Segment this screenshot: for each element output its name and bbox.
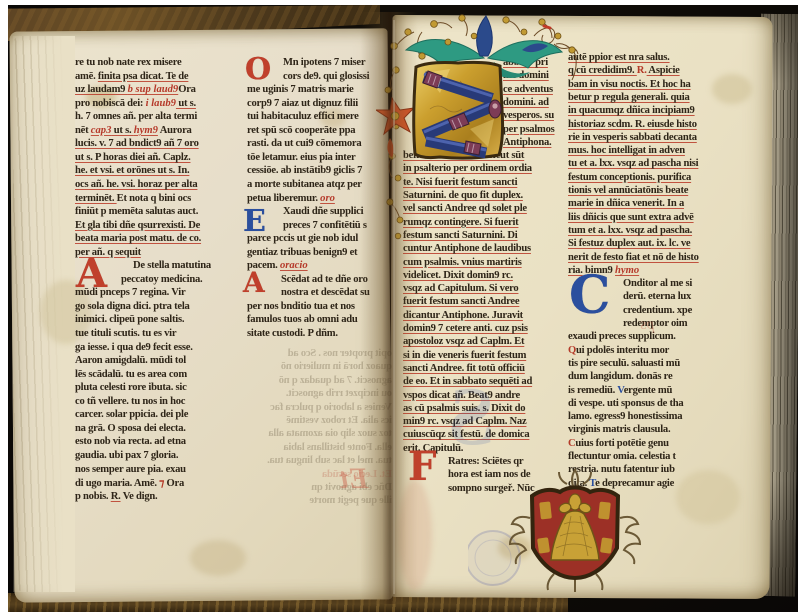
text-line: flectuntur omia. celestia t — [568, 451, 676, 462]
text-line: petua liberemur. oro — [247, 193, 335, 204]
painted-initial-E: E — [243, 208, 266, 235]
text-line: nos semper aure pia. exau — [75, 464, 186, 475]
text-line: Onditor al me si — [623, 278, 692, 289]
text-line: pro nobiscā dei: i laub9 ut s. — [75, 98, 196, 109]
text-line: vsqz ad Capitulum. Si vero — [403, 283, 518, 294]
text-line: tōe letamur. eius pia inter — [247, 152, 356, 163]
text-line: famulos tuos ab omni adu — [247, 314, 358, 325]
parchment-stain — [190, 540, 246, 576]
text-line: uz laudam9 b sup laud9Ora — [75, 84, 196, 95]
text-line: peccatoy medicina. — [121, 274, 202, 285]
text-line: sancti Andree. fit totū officiū — [403, 363, 525, 374]
show-through-line: opit propter nos . Sco ad — [288, 348, 392, 359]
text-line: corp9 7 aiaz ut dignuz filii — [247, 98, 358, 109]
text-line: exaudi preces supplicum. — [568, 331, 676, 342]
text-line: inimici. clipeū pone saltis. — [75, 314, 184, 325]
text-line: p nobis. R. Ve dign. — [75, 491, 157, 502]
text-line: De stella matutina — [133, 260, 211, 271]
text-line: co tñ vellere. tu nos in hoc — [75, 396, 185, 407]
text-line: Xaudi dñe supplici — [283, 206, 363, 217]
text-line: re tu nob nate rex misere — [75, 57, 181, 68]
illuminated-initial-S-panel — [410, 59, 506, 161]
text-line: h. 7 omnes añ. per alta termi — [75, 111, 197, 122]
text-line: tui habitaculuz effici mere — [247, 111, 359, 122]
text-line: lamo. egress9 honestissima — [568, 411, 682, 422]
coat-of-arms-shield — [468, 466, 683, 596]
text-line: nerit de festo fiat et nō de histo — [568, 252, 699, 263]
scan-border-left — [0, 0, 8, 615]
text-line: ret spū scō cooperāte ppa — [247, 125, 355, 136]
show-through-line: tua. mel et lac sub lingua tua. — [267, 455, 392, 466]
text-line: a morte subitanea atqz per — [247, 179, 362, 190]
text-line: apostoloz vsqz ad Caplm. Et — [403, 336, 524, 347]
text-line: Aaron amigdalū. mūdi tol — [75, 355, 186, 366]
text-line: dum langidum. donās re — [568, 371, 672, 382]
text-line: videlicet. Dixit domin9 rc. — [403, 270, 513, 281]
painted-initial-F: F — [408, 449, 436, 485]
text-line: he. et vsi. et orōnes ut s. In. — [75, 165, 189, 176]
text-line: cessiōe. ab instātib9 giclis 7 — [247, 165, 362, 176]
text-line: domin9 7 cetere anti. cuz psis — [403, 323, 528, 334]
text-line: redemptor oim — [623, 318, 687, 329]
text-line: ocs añ. he. vsi. horaz per alta — [75, 179, 197, 190]
text-line: pluta celesti rore ibuta. sic — [75, 382, 187, 393]
text-line: dicantur Antiphone. Juravit — [403, 310, 523, 321]
text-line: carcer. solar ppicia. dei ple — [75, 409, 188, 420]
photograph-of-open-incunable: re tu nob nate rex misereamē. finita psa… — [0, 0, 800, 615]
show-through-line: ille que pegit morte — [310, 495, 392, 506]
show-through-line: Venies a laborio q pulcra fac — [270, 402, 392, 413]
parchment-stain — [712, 74, 752, 104]
text-line: nostra et descēdat su — [281, 287, 370, 298]
show-through-line: ics alia. Et roboz vestimē — [287, 415, 392, 426]
scan-border-top — [0, 0, 800, 5]
text-line: amē. finita psa dicat. Te de — [75, 71, 188, 82]
text-line: ut s. P horas diei añ. Caplz. — [75, 152, 190, 163]
text-line: rasti. da ut cui9 cōmemora — [247, 138, 361, 149]
text-line: sitate custodi. P dñm. — [247, 328, 338, 339]
painted-initial-A: A — [76, 256, 107, 292]
text-line: gaudia. ubi pax 7 gloria. — [75, 450, 178, 461]
show-through-line: Dñc ebi agnovit qn — [311, 482, 392, 493]
text-line: tis pire seculū. saluasti mū — [568, 358, 680, 369]
blue-leaf — [477, 16, 493, 56]
text-line: tue tituli scutis. tu es vir — [75, 328, 176, 339]
text-line: di vespe. uti sponsus de tha — [568, 398, 683, 409]
text-line: Mn ipotens 7 miser — [283, 57, 365, 68]
text-line: credentium. xpe — [623, 305, 692, 316]
text-line: lucis. v. 7 ad bndict9 añ 7 oro — [75, 138, 199, 149]
text-line: per nos bnditio tua et nos — [247, 301, 355, 312]
painted-initial-C: C — [569, 273, 610, 320]
show-through-line: ella. Fonte bistillans labia — [284, 442, 392, 453]
text-line: esto nob via recta. ad etna — [75, 436, 186, 447]
text-line: Qui pdolēs interitu mor — [568, 345, 669, 356]
text-line: lēs scādalū. tu es area com — [75, 369, 187, 380]
text-line: fuerit festum sancti Andree — [403, 296, 519, 307]
gutter-highlight — [393, 20, 395, 594]
text-line: de eo. Et in sabbato sequēti ad — [403, 376, 532, 387]
painted-initial-O: O — [245, 56, 271, 83]
text-line: ga iesse. i qua de9 fecit esse. — [75, 342, 193, 353]
text-line: na grā. O sposa dei electa. — [75, 423, 186, 434]
text-line: finiūt p memēta salutas auct. — [75, 206, 198, 217]
text-line: Scēdat ad te dñe oro — [281, 274, 368, 285]
text-line: preces 7 confitētiū s — [283, 220, 367, 231]
text-line: nēt cap3 ut s. hym9 Aurora — [75, 125, 192, 136]
text-line: Et gla tibi dñe qsurrexisti. De — [75, 220, 200, 231]
show-through-line: agnoscit. 7 ad quadaz q nō — [279, 375, 392, 386]
text-line: derū. eterna lux — [623, 291, 691, 302]
show-through-line: quaoz horā in mulierio nō — [281, 361, 392, 372]
text-line: as cū psalmis suis. s. Dixit do — [403, 403, 525, 414]
text-line: cum psalmis. vnius martiris — [403, 257, 522, 268]
show-through-text: opit propter nos . Sco adquaoz horā in m… — [240, 348, 392, 513]
left-page-column-2: Mn ipotens 7 misercors de9. qui glosissi… — [247, 57, 395, 346]
text-line: cuiuscūqz sit festū. de domica — [403, 429, 529, 440]
show-through-line: toz suoz slip oia azomata alla — [269, 428, 392, 439]
text-line: go sola digna dici. ptra tela — [75, 301, 190, 312]
text-line: min9 rc. vsqz ad Caplm. Naz — [403, 416, 526, 427]
text-line: si in die veneris fuerit festum — [403, 350, 526, 361]
text-line: beata maria post matu. de co. — [75, 233, 201, 244]
text-line: cors de9. qui glosissi — [283, 71, 369, 82]
painted-initial-A: A — [243, 270, 265, 295]
show-through-line: ou incipzet rrib agnoscit. — [286, 388, 392, 399]
text-line: di ugo maria. Amē. ⁊ Ora — [75, 477, 184, 489]
text-line: terminēt. Et nota q bini ocs — [75, 193, 191, 204]
text-line: Cuius forti potētie genu — [568, 438, 669, 449]
text-line: vspos dicat añ. Beat9 andre — [403, 390, 520, 401]
text-line: virginis matris clausula. — [568, 424, 670, 435]
red-dash — [544, 26, 550, 28]
text-line: is remediū. Vergente mū — [568, 385, 672, 396]
text-line: gentiaz tribuas benign9 et — [247, 247, 357, 258]
show-through-line: Et. Lecio secūda — [322, 469, 392, 480]
